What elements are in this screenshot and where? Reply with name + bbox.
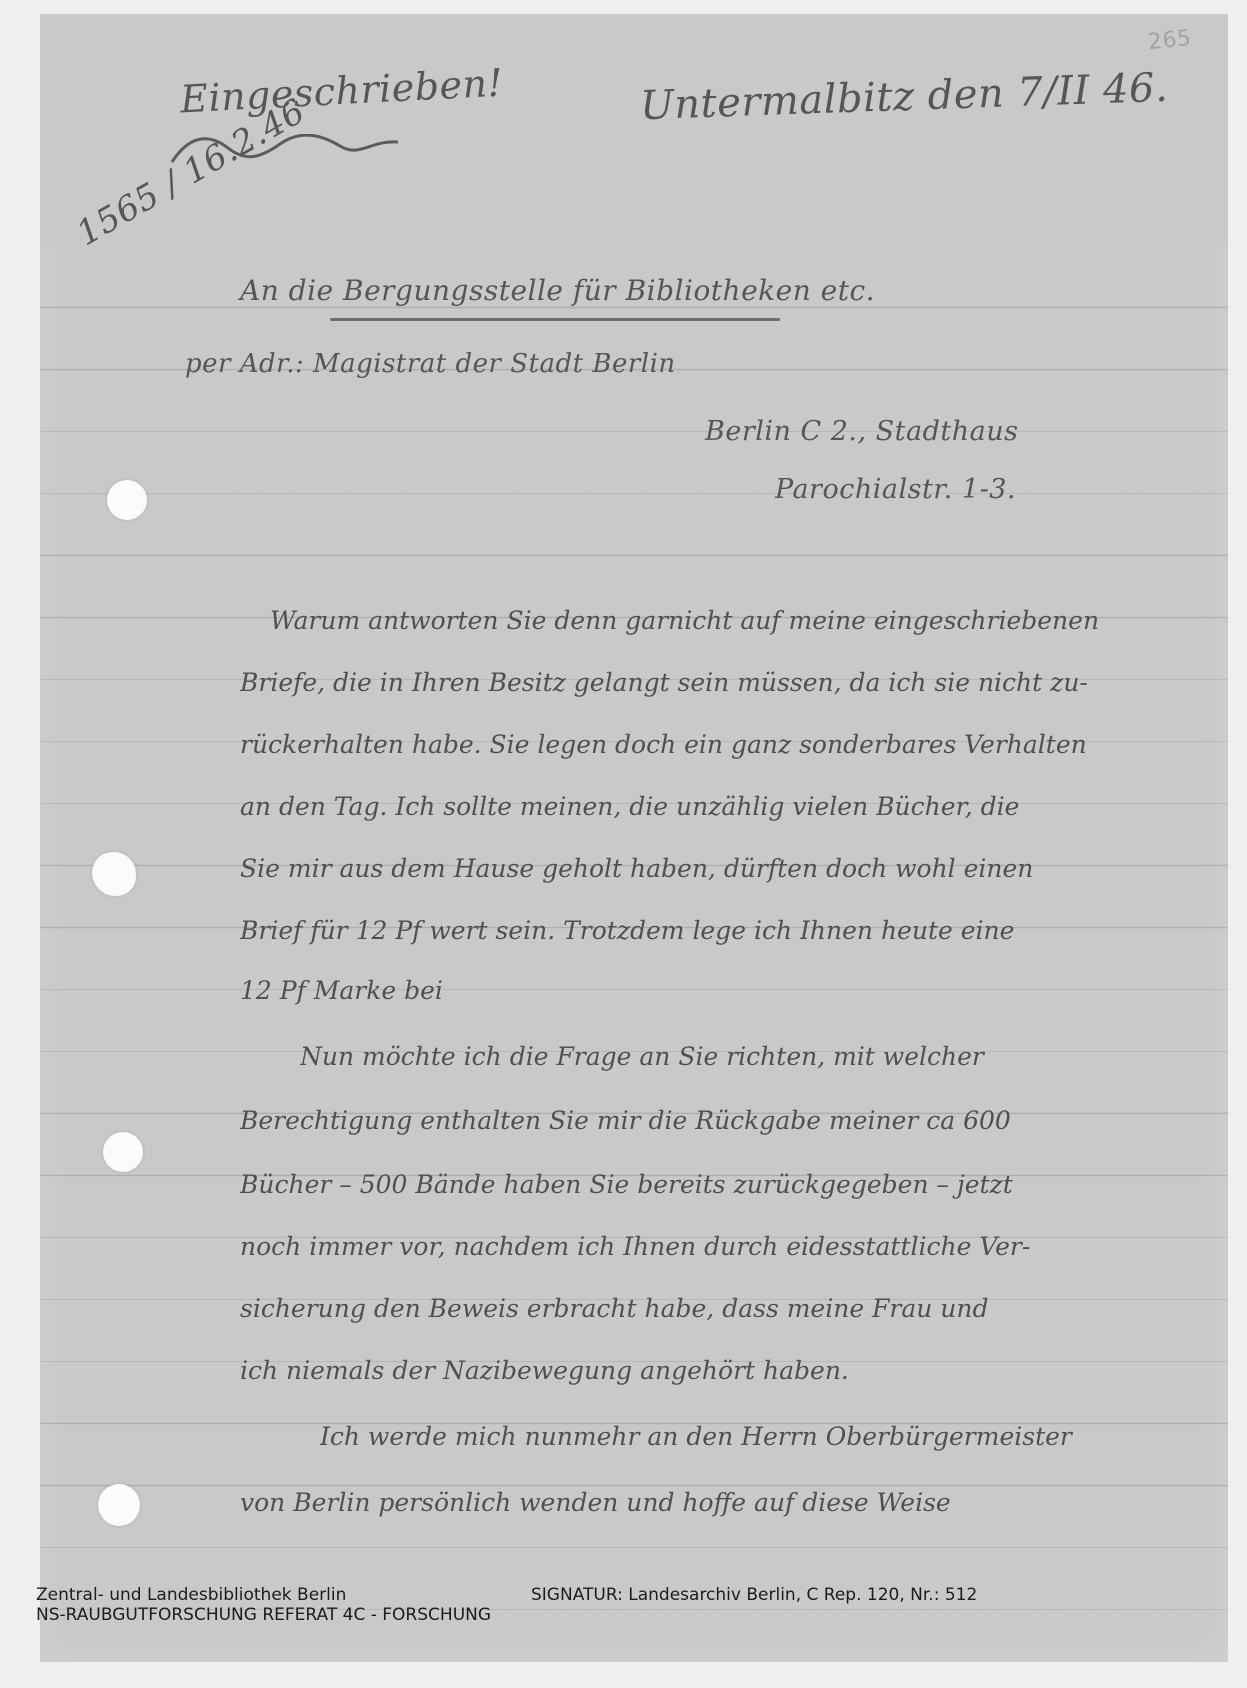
body-line: Ich werde mich nunmehr an den Herrn Ober… — [320, 1422, 1228, 1451]
body-line: ich niemals der Nazibewegung angehört ha… — [240, 1356, 1228, 1385]
body-line: Sie mir aus dem Hause geholt haben, dürf… — [240, 854, 1228, 883]
address-line-3: Berlin C 2., Stadthaus — [705, 416, 1018, 447]
body-line: an den Tag. Ich sollte meinen, die unzäh… — [240, 792, 1228, 821]
body-line: Warum antworten Sie denn garnicht auf me… — [270, 606, 1228, 635]
punch-hole-2 — [92, 852, 136, 896]
body-line: Brief für 12 Pf wert sein. Trotzdem lege… — [240, 916, 1228, 945]
body-line: noch immer vor, nachdem ich Ihnen durch … — [240, 1232, 1228, 1261]
body-line: rückerhalten habe. Sie legen doch ein ga… — [240, 730, 1228, 759]
punch-hole-3 — [103, 1132, 143, 1172]
punch-hole-4 — [98, 1484, 140, 1526]
footer-institution: Zentral- und Landesbibliothek Berlin — [36, 1585, 531, 1605]
address-underline — [330, 318, 780, 321]
address-line-4: Parochialstr. 1-3. — [775, 474, 1016, 505]
letter-sheet: 265 Eingeschrieben! Untermalbitz den 7/I… — [40, 14, 1228, 1662]
footer-department: NS-RAUBGUTFORSCHUNG REFERAT 4C - FORSCHU… — [36, 1605, 491, 1625]
body-line: Nun möchte ich die Frage an Sie richten,… — [300, 1042, 1228, 1071]
body-line: von Berlin persönlich wenden und hoffe a… — [240, 1488, 1228, 1517]
address-line-2: per Adr.: Magistrat der Stadt Berlin — [185, 349, 676, 379]
address-line-1: An die Bergungsstelle für Bibliotheken e… — [240, 274, 875, 307]
page-number-pencil: 265 — [1147, 26, 1193, 55]
body-line: Bücher – 500 Bände haben Sie bereits zur… — [240, 1170, 1228, 1199]
unruled-header-area — [40, 14, 1228, 246]
body-line: 12 Pf Marke bei — [240, 976, 1228, 1005]
body-line: Briefe, die in Ihren Besitz gelangt sein… — [240, 668, 1228, 697]
body-line: Berechtigung enthalten Sie mir die Rückg… — [240, 1106, 1228, 1135]
footer-signature: SIGNATUR: Landesarchiv Berlin, C Rep. 12… — [531, 1585, 977, 1605]
punch-hole-1 — [107, 480, 147, 520]
archive-footer: Zentral- und Landesbibliothek Berlin SIG… — [36, 1585, 977, 1625]
body-line: sicherung den Beweis erbracht habe, dass… — [240, 1294, 1228, 1323]
